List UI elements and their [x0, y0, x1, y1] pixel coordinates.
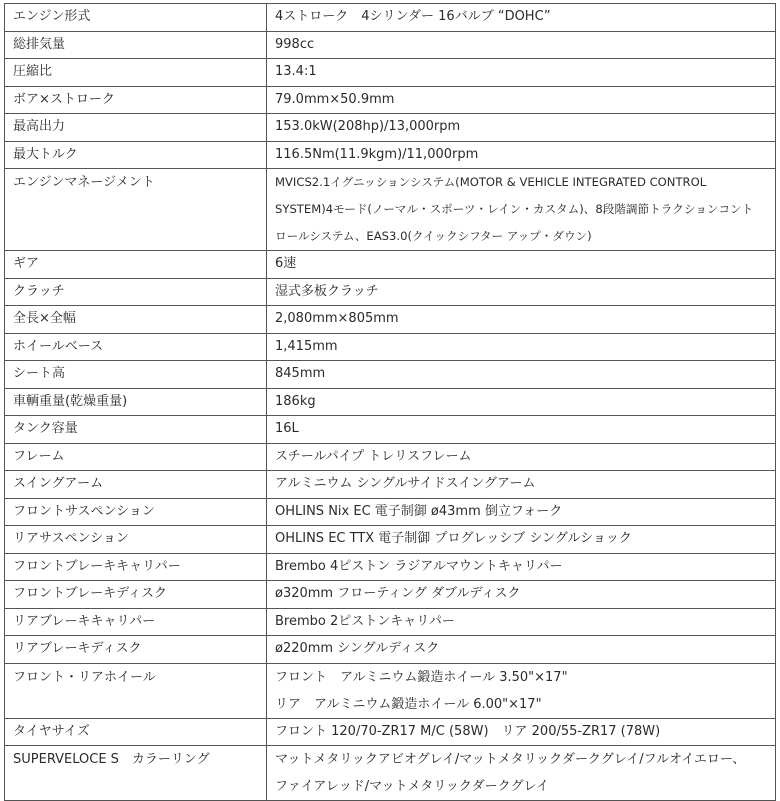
spec-label: フロントブレーキディスク	[5, 581, 267, 609]
spec-value: 998cc	[267, 31, 776, 59]
spec-value: 16L	[267, 416, 776, 444]
table-row: クラッチ 湿式多板クラッチ	[5, 278, 776, 306]
spec-label: クラッチ	[5, 278, 267, 306]
table-row: フレーム スチールパイプ トレリスフレーム	[5, 443, 776, 471]
table-row: リアブレーキディスク ø220mm シングルディスク	[5, 636, 776, 664]
spec-value: 6速	[267, 251, 776, 279]
spec-value: OHLINS EC TTX 電子制御 プログレッシブ シングルショック	[267, 526, 776, 554]
table-row: エンジンマネージメント MVICS2.1イグニッションシステム(MOTOR & …	[5, 169, 776, 251]
spec-label: 圧縮比	[5, 59, 267, 87]
table-row: フロントブレーキディスク ø320mm フローティング ダブルディスク	[5, 581, 776, 609]
spec-value: 79.0mm×50.9mm	[267, 86, 776, 114]
spec-label: ボア×ストローク	[5, 86, 267, 114]
table-row: 圧縮比 13.4:1	[5, 59, 776, 87]
spec-value: 186kg	[267, 388, 776, 416]
spec-value: フロント アルミニウム鍛造ホイール 3.50"×17" リア アルミニウム鍛造ホ…	[267, 663, 776, 718]
table-row: ホイールベース 1,415mm	[5, 333, 776, 361]
table-row: タンク容量 16L	[5, 416, 776, 444]
table-row: 総排気量 998cc	[5, 31, 776, 59]
spec-value: ø220mm シングルディスク	[267, 636, 776, 664]
spec-label: リアサスペンション	[5, 526, 267, 554]
spec-label: ギア	[5, 251, 267, 279]
spec-label: 全長×全幅	[5, 306, 267, 334]
spec-value: アルミニウム シングルサイドスイングアーム	[267, 471, 776, 499]
spec-value: MVICS2.1イグニッションシステム(MOTOR & VEHICLE INTE…	[267, 169, 776, 251]
table-row: スイングアーム アルミニウム シングルサイドスイングアーム	[5, 471, 776, 499]
spec-label: フレーム	[5, 443, 267, 471]
spec-value: 153.0kW(208hp)/13,000rpm	[267, 114, 776, 142]
spec-value: 湿式多板クラッチ	[267, 278, 776, 306]
spec-label: 最大トルク	[5, 141, 267, 169]
spec-label: フロント・リアホイール	[5, 663, 267, 718]
spec-label: 総排気量	[5, 31, 267, 59]
table-row: エンジン形式 4ストローク 4シリンダー 16バルブ “DOHC”	[5, 4, 776, 32]
table-row: シート高 845mm	[5, 361, 776, 389]
spec-value: フロント 120/70-ZR17 M/C (58W) リア 200/55-ZR1…	[267, 718, 776, 746]
spec-value: 4ストローク 4シリンダー 16バルブ “DOHC”	[267, 4, 776, 32]
table-row: フロント・リアホイール フロント アルミニウム鍛造ホイール 3.50"×17" …	[5, 663, 776, 718]
spec-value: スチールパイプ トレリスフレーム	[267, 443, 776, 471]
spec-value: 1,415mm	[267, 333, 776, 361]
table-row: フロントブレーキキャリパー Brembo 4ピストン ラジアルマウントキャリパー	[5, 553, 776, 581]
table-row: リアサスペンション OHLINS EC TTX 電子制御 プログレッシブ シング…	[5, 526, 776, 554]
table-row: SUPERVELOCE S カラーリング マットメタリックアビオグレイ/マットメ…	[5, 746, 776, 801]
spec-label: SUPERVELOCE S カラーリング	[5, 746, 267, 801]
spec-label: タイヤサイズ	[5, 718, 267, 746]
spec-label: スイングアーム	[5, 471, 267, 499]
spec-label: エンジンマネージメント	[5, 169, 267, 251]
table-row: リアブレーキキャリパー Brembo 2ピストンキャリパー	[5, 608, 776, 636]
table-row: 最高出力 153.0kW(208hp)/13,000rpm	[5, 114, 776, 142]
spec-value: ø320mm フローティング ダブルディスク	[267, 581, 776, 609]
spec-label: フロントサスペンション	[5, 498, 267, 526]
table-row: ギア 6速	[5, 251, 776, 279]
spec-value: OHLINS Nix EC 電子制御 ø43mm 倒立フォーク	[267, 498, 776, 526]
table-row: 車輌重量(乾燥重量) 186kg	[5, 388, 776, 416]
spec-table: エンジン形式 4ストローク 4シリンダー 16バルブ “DOHC” 総排気量 9…	[4, 3, 776, 801]
spec-label: エンジン形式	[5, 4, 267, 32]
table-row: 最大トルク 116.5Nm(11.9kgm)/11,000rpm	[5, 141, 776, 169]
spec-label: 最高出力	[5, 114, 267, 142]
spec-label: タンク容量	[5, 416, 267, 444]
spec-value: Brembo 2ピストンキャリパー	[267, 608, 776, 636]
spec-label: ホイールベース	[5, 333, 267, 361]
table-row: ボア×ストローク 79.0mm×50.9mm	[5, 86, 776, 114]
spec-label: シート高	[5, 361, 267, 389]
spec-value: Brembo 4ピストン ラジアルマウントキャリパー	[267, 553, 776, 581]
spec-label: リアブレーキキャリパー	[5, 608, 267, 636]
spec-value: 116.5Nm(11.9kgm)/11,000rpm	[267, 141, 776, 169]
table-row: フロントサスペンション OHLINS Nix EC 電子制御 ø43mm 倒立フ…	[5, 498, 776, 526]
spec-label: リアブレーキディスク	[5, 636, 267, 664]
table-row: タイヤサイズ フロント 120/70-ZR17 M/C (58W) リア 200…	[5, 718, 776, 746]
spec-label: 車輌重量(乾燥重量)	[5, 388, 267, 416]
table-row: 全長×全幅 2,080mm×805mm	[5, 306, 776, 334]
spec-value: マットメタリックアビオグレイ/マットメタリックダークグレイ/フルオイエロー、 フ…	[267, 746, 776, 801]
spec-value: 13.4:1	[267, 59, 776, 87]
spec-label: フロントブレーキキャリパー	[5, 553, 267, 581]
spec-value: 2,080mm×805mm	[267, 306, 776, 334]
spec-value: 845mm	[267, 361, 776, 389]
